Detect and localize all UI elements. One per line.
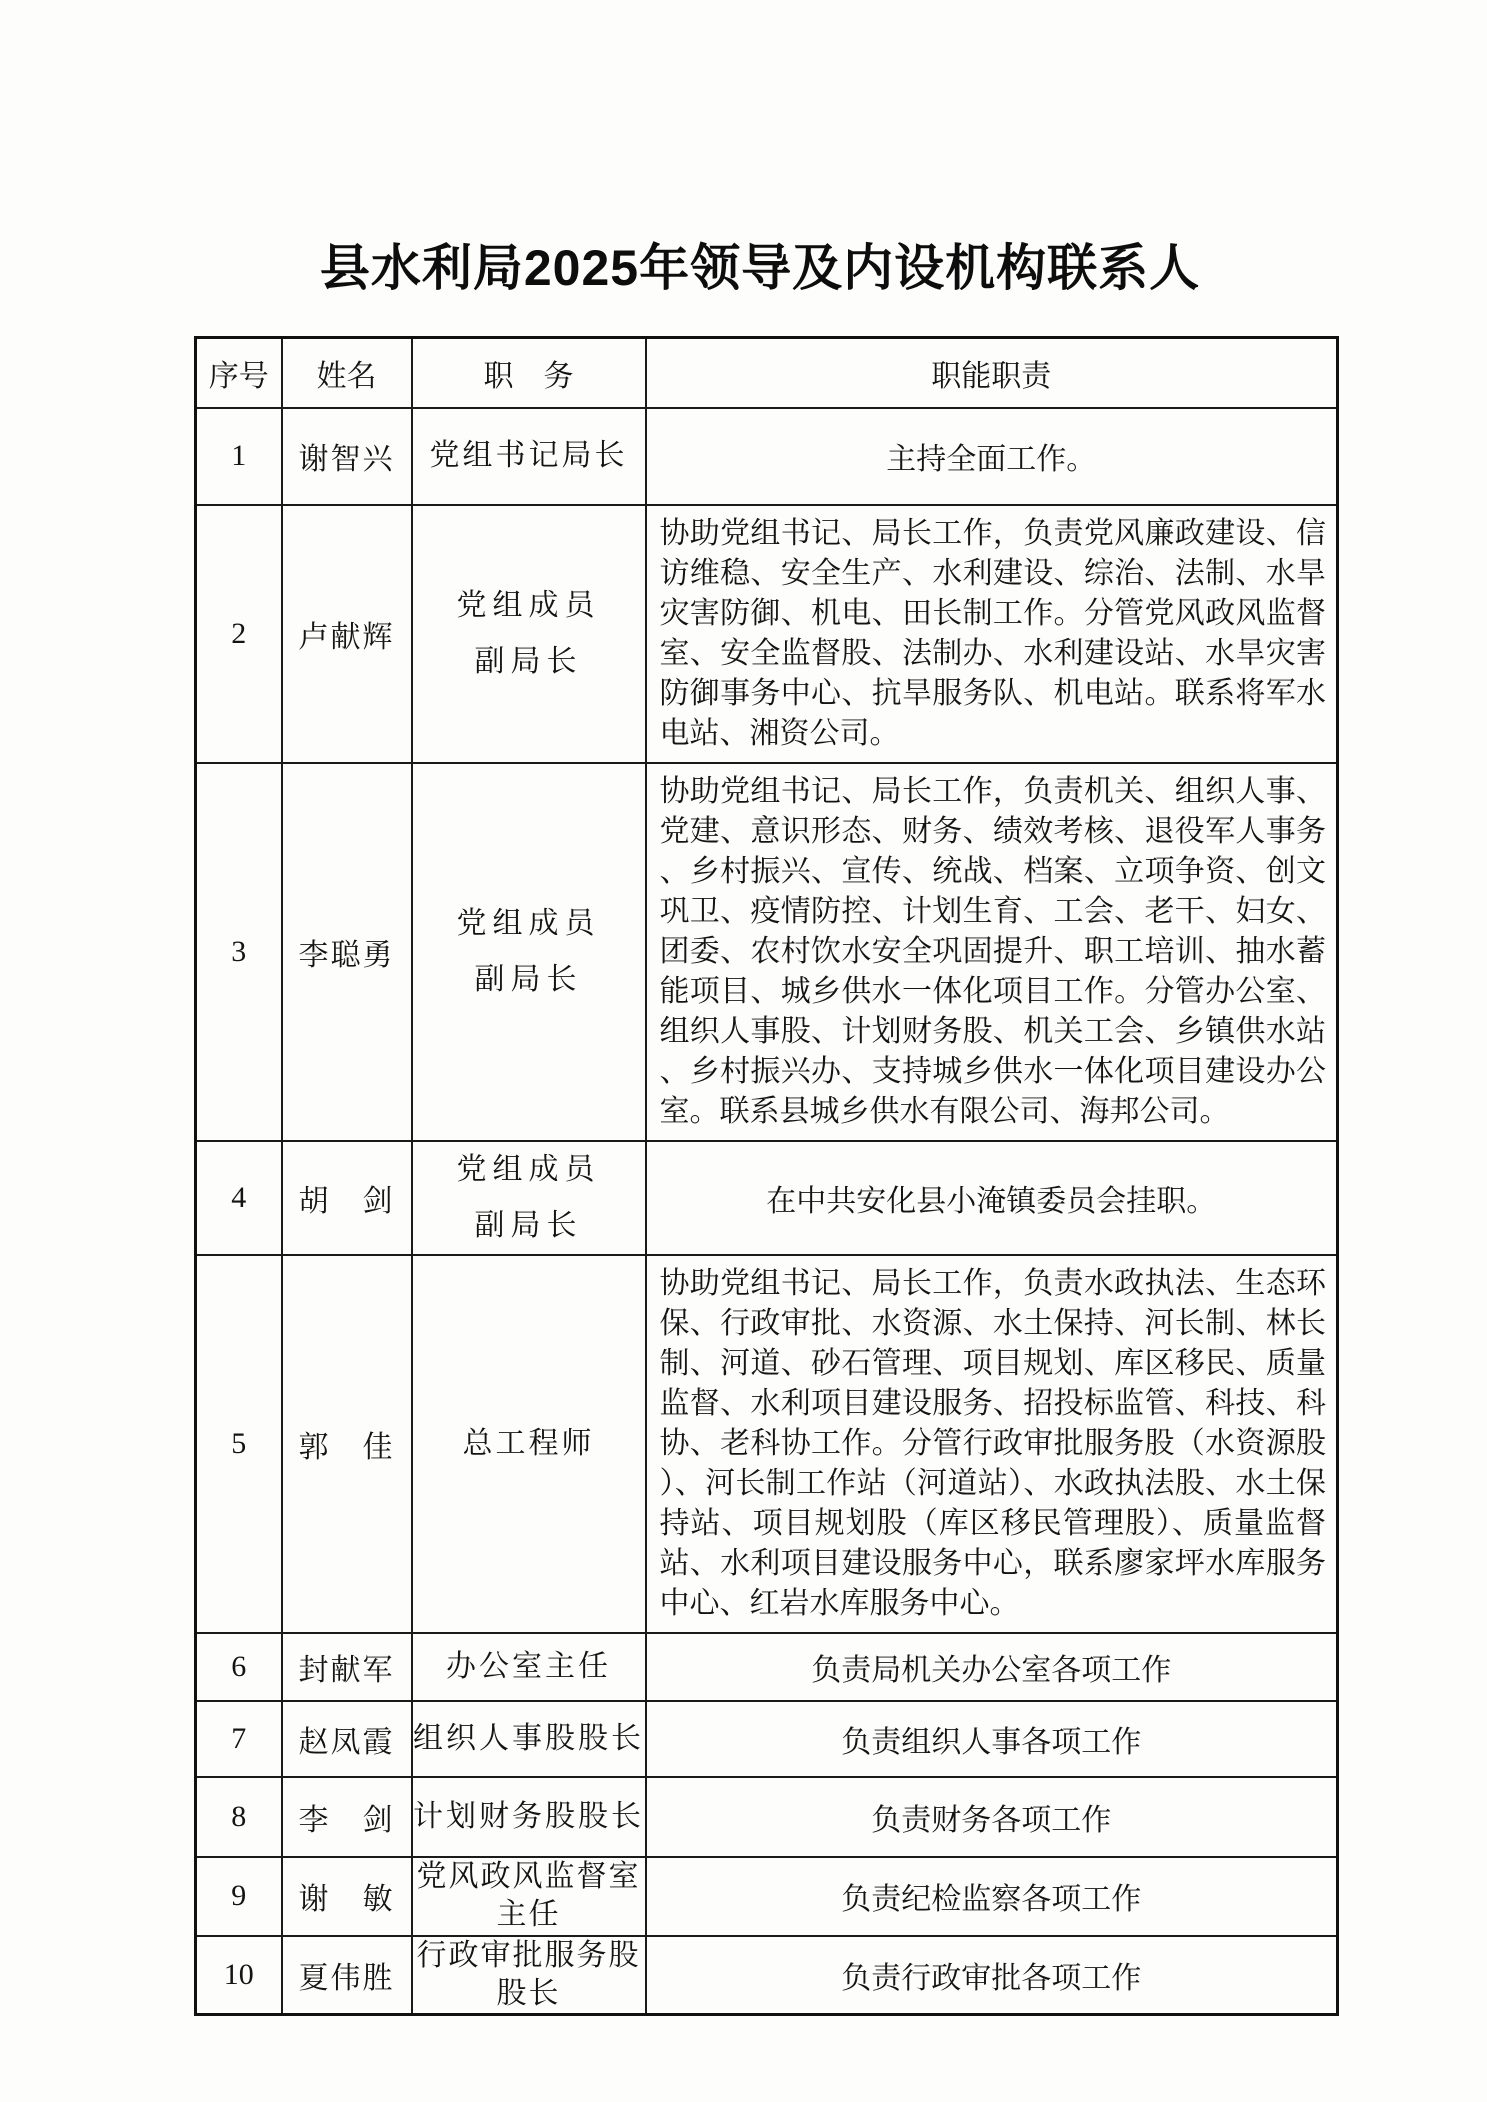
- duty-cell: 协助党组书记、局长工作，负责水政执法、生态环保、行政审批、水资源、水土保持、河长…: [646, 1255, 1338, 1633]
- serial-cell: 10: [196, 1936, 282, 2015]
- table-row: 1谢智兴党组书记局长主持全面工作。: [196, 408, 1338, 505]
- header-position: 职 务: [412, 338, 646, 408]
- name-cell: 谢 敏: [282, 1857, 412, 1936]
- header-name: 姓名: [282, 338, 412, 408]
- table-row: 7赵凤霞组织人事股股长负责组织人事各项工作: [196, 1701, 1338, 1777]
- table-row: 3李聪勇党组成员 副局长协助党组书记、局长工作，负责机关、组织人事、党建、意识形…: [196, 763, 1338, 1141]
- name-cell: 李 剑: [282, 1777, 412, 1857]
- duty-cell: 负责组织人事各项工作: [646, 1701, 1338, 1777]
- serial-cell: 1: [196, 408, 282, 505]
- position-cell: 党组书记局长: [412, 408, 646, 505]
- table-body: 1谢智兴党组书记局长主持全面工作。2卢献辉党组成员 副局长协助党组书记、局长工作…: [196, 408, 1338, 2015]
- name-cell: 李聪勇: [282, 763, 412, 1141]
- name-cell: 赵凤霞: [282, 1701, 412, 1777]
- serial-cell: 3: [196, 763, 282, 1141]
- duty-cell: 负责纪检监察各项工作: [646, 1857, 1338, 1936]
- name-cell: 夏伟胜: [282, 1936, 412, 2015]
- position-cell: 总工程师: [412, 1255, 646, 1633]
- table-row: 6封献军办公室主任负责局机关办公室各项工作: [196, 1633, 1338, 1701]
- table-row: 4胡 剑党组成员 副局长在中共安化县小淹镇委员会挂职。: [196, 1141, 1338, 1255]
- table-row: 10夏伟胜行政审批服务股 股长负责行政审批各项工作: [196, 1936, 1338, 2015]
- serial-cell: 9: [196, 1857, 282, 1936]
- table-row: 8李 剑计划财务股股长负责财务各项工作: [196, 1777, 1338, 1857]
- header-duty: 职能职责: [646, 338, 1338, 408]
- serial-cell: 7: [196, 1701, 282, 1777]
- position-cell: 党风政风监督室 主任: [412, 1857, 646, 1936]
- name-cell: 郭 佳: [282, 1255, 412, 1633]
- document-page: 县水利局2025年领导及内设机构联系人 序号 姓名 职 务 职能职责 1谢智兴党…: [0, 0, 1487, 2102]
- duty-cell: 主持全面工作。: [646, 408, 1338, 505]
- duty-cell: 在中共安化县小淹镇委员会挂职。: [646, 1141, 1338, 1255]
- duty-cell: 负责行政审批各项工作: [646, 1936, 1338, 2015]
- duty-cell: 负责局机关办公室各项工作: [646, 1633, 1338, 1701]
- table-row: 5郭 佳总工程师协助党组书记、局长工作，负责水政执法、生态环保、行政审批、水资源…: [196, 1255, 1338, 1633]
- position-cell: 办公室主任: [412, 1633, 646, 1701]
- serial-cell: 4: [196, 1141, 282, 1255]
- header-serial: 序号: [196, 338, 282, 408]
- position-cell: 组织人事股股长: [412, 1701, 646, 1777]
- table-row: 9谢 敏党风政风监督室 主任负责纪检监察各项工作: [196, 1857, 1338, 1936]
- position-cell: 党组成员 副局长: [412, 505, 646, 763]
- duty-cell: 协助党组书记、局长工作，负责机关、组织人事、党建、意识形态、财务、绩效考核、退役…: [646, 763, 1338, 1141]
- serial-cell: 8: [196, 1777, 282, 1857]
- position-cell: 计划财务股股长: [412, 1777, 646, 1857]
- serial-cell: 6: [196, 1633, 282, 1701]
- header-row: 序号 姓名 职 务 职能职责: [196, 338, 1338, 408]
- duty-cell: 负责财务各项工作: [646, 1777, 1338, 1857]
- serial-cell: 5: [196, 1255, 282, 1633]
- name-cell: 卢献辉: [282, 505, 412, 763]
- name-cell: 胡 剑: [282, 1141, 412, 1255]
- position-cell: 党组成员 副局长: [412, 763, 646, 1141]
- name-cell: 封献军: [282, 1633, 412, 1701]
- position-cell: 党组成员 副局长: [412, 1141, 646, 1255]
- contacts-table: 序号 姓名 职 务 职能职责 1谢智兴党组书记局长主持全面工作。2卢献辉党组成员…: [194, 336, 1339, 2016]
- table-row: 2卢献辉党组成员 副局长协助党组书记、局长工作，负责党风廉政建设、信访维稳、安全…: [196, 505, 1338, 763]
- duty-cell: 协助党组书记、局长工作，负责党风廉政建设、信访维稳、安全生产、水利建设、综治、法…: [646, 505, 1338, 763]
- page-title: 县水利局2025年领导及内设机构联系人: [0, 0, 1460, 300]
- position-cell: 行政审批服务股 股长: [412, 1936, 646, 2015]
- serial-cell: 2: [196, 505, 282, 763]
- name-cell: 谢智兴: [282, 408, 412, 505]
